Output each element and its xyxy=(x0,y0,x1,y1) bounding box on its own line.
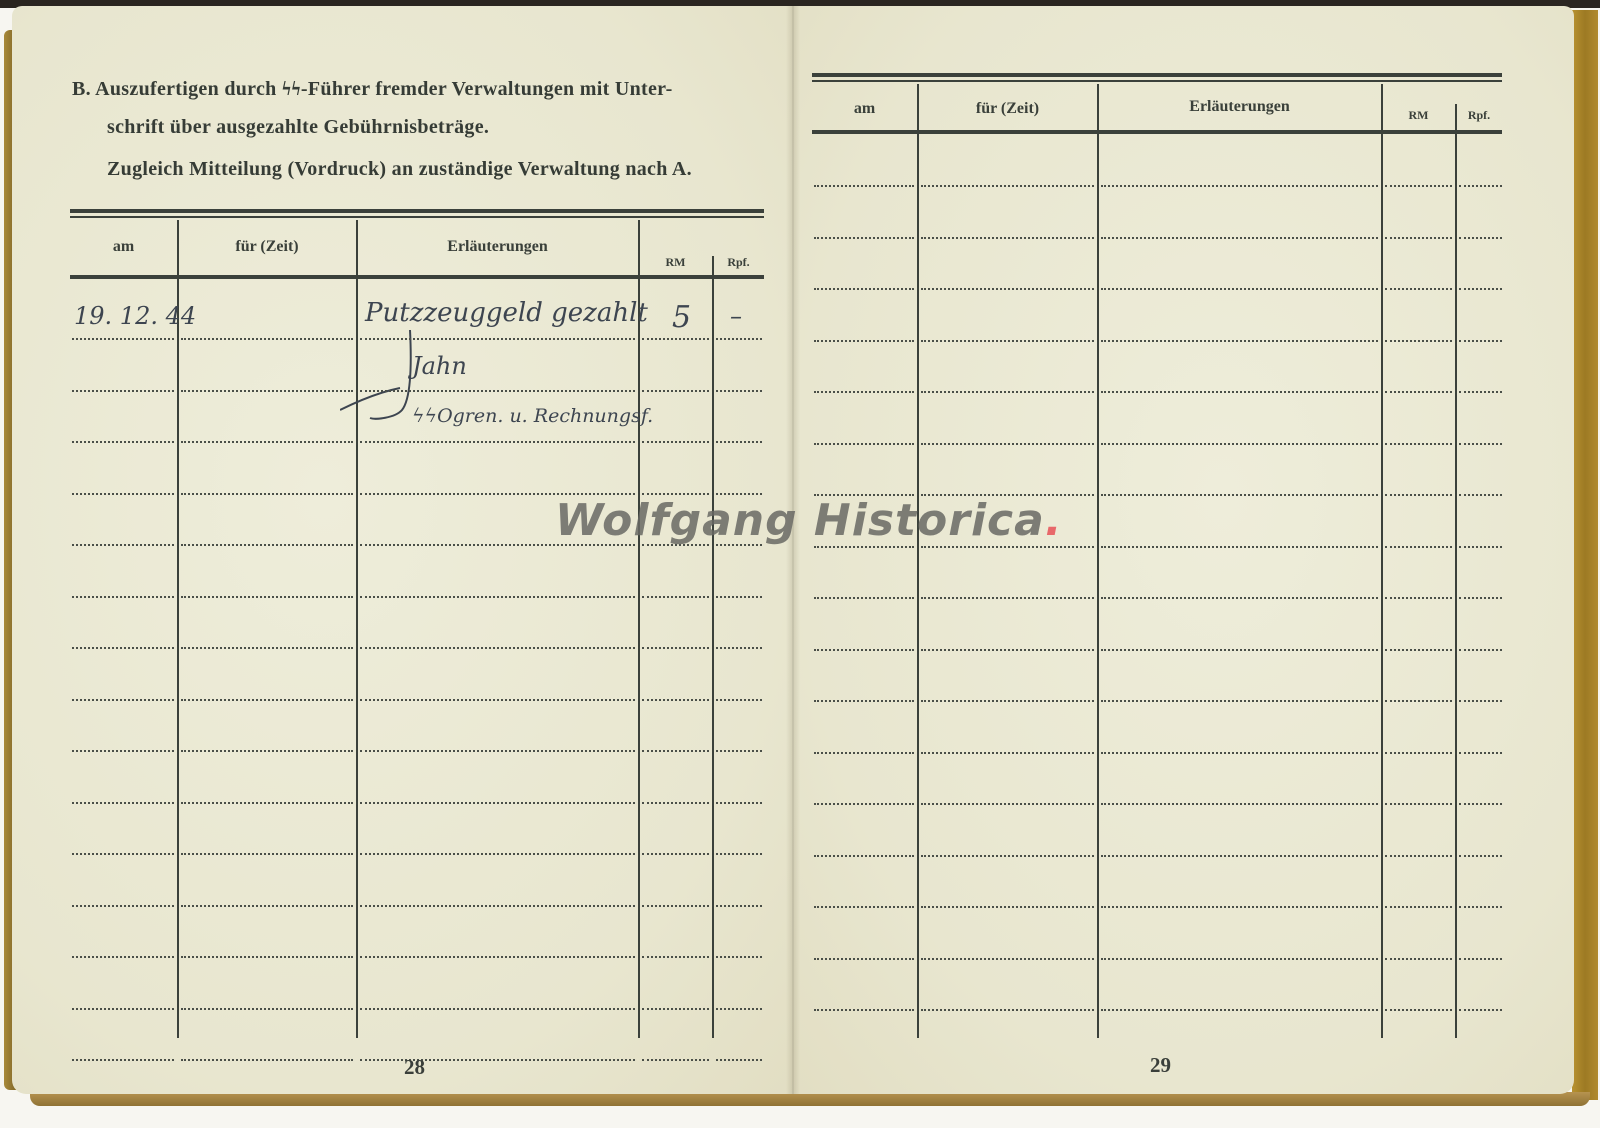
header-am: am xyxy=(70,238,177,256)
dotted-row-rule xyxy=(814,649,914,651)
dotted-row-rule xyxy=(1459,237,1502,239)
dotted-row-rule xyxy=(814,597,914,599)
dotted-row-rule xyxy=(1459,906,1502,908)
dotted-row-rule xyxy=(72,699,174,701)
dotted-row-rule xyxy=(1459,855,1502,857)
dotted-row-rule xyxy=(1101,958,1378,960)
page-number-29: 29 xyxy=(1150,1053,1171,1078)
watermark-dot: . xyxy=(1045,495,1063,546)
dotted-row-rule xyxy=(360,802,635,804)
dotted-row-rule xyxy=(1385,546,1452,548)
dotted-row-rule xyxy=(814,185,914,187)
dotted-row-rule xyxy=(921,391,1094,393)
dotted-row-rule xyxy=(716,853,762,855)
dotted-row-rule xyxy=(814,855,914,857)
table-top-rule xyxy=(812,73,1502,77)
dotted-row-rule xyxy=(921,649,1094,651)
dotted-row-rule xyxy=(1101,700,1378,702)
dotted-row-rule xyxy=(360,750,635,752)
dotted-row-rule xyxy=(716,905,762,907)
dotted-row-rule xyxy=(716,338,762,340)
dotted-row-rule xyxy=(1459,803,1502,805)
dotted-row-rule xyxy=(716,596,762,598)
dotted-row-rule xyxy=(921,288,1094,290)
dotted-row-rule xyxy=(1385,494,1452,496)
column-divider xyxy=(1381,84,1383,1038)
dotted-row-rule xyxy=(1385,958,1452,960)
dotted-row-rule xyxy=(1101,391,1378,393)
dotted-row-rule xyxy=(1101,340,1378,342)
dotted-row-rule xyxy=(360,390,635,392)
dotted-row-rule xyxy=(360,905,635,907)
entry-description: Putzzeuggeld gezahlt xyxy=(365,298,648,328)
dotted-row-rule xyxy=(1459,958,1502,960)
dotted-row-rule xyxy=(181,905,353,907)
dotted-row-rule xyxy=(1385,288,1452,290)
dotted-row-rule xyxy=(72,853,174,855)
dotted-row-rule xyxy=(1101,185,1378,187)
dotted-row-rule xyxy=(921,906,1094,908)
header-fuer-zeit: für (Zeit) xyxy=(178,238,356,256)
dotted-row-rule xyxy=(1459,391,1502,393)
instruction-line-3: Zugleich Mitteilung (Vordruck) an zustän… xyxy=(72,150,772,188)
dotted-row-rule xyxy=(72,493,174,495)
dotted-row-rule xyxy=(1459,185,1502,187)
dotted-row-rule xyxy=(814,340,914,342)
dotted-row-rule xyxy=(181,390,353,392)
dotted-row-rule xyxy=(642,1008,709,1010)
column-divider xyxy=(1097,84,1099,1038)
dotted-row-rule xyxy=(360,1008,635,1010)
header-rpf: Rpf. xyxy=(713,255,764,270)
dotted-row-rule xyxy=(72,596,174,598)
dotted-row-rule xyxy=(642,956,709,958)
dotted-row-rule xyxy=(72,750,174,752)
dotted-row-rule xyxy=(1101,649,1378,651)
dotted-row-rule xyxy=(642,750,709,752)
dotted-row-rule xyxy=(921,443,1094,445)
dotted-row-rule xyxy=(1385,597,1452,599)
table-top-rule xyxy=(70,209,764,213)
section-b-instructions: B. Auszufertigen durch ϟϟ-Führer fremder… xyxy=(72,70,772,188)
header-bottom-rule xyxy=(812,130,1502,134)
dotted-row-rule xyxy=(814,906,914,908)
dotted-row-rule xyxy=(642,802,709,804)
dotted-row-rule xyxy=(72,544,174,546)
dotted-row-rule xyxy=(72,390,174,392)
dotted-row-rule xyxy=(642,390,709,392)
dotted-row-rule xyxy=(1459,288,1502,290)
dotted-row-rule xyxy=(360,699,635,701)
dotted-row-rule xyxy=(921,185,1094,187)
dotted-row-rule xyxy=(716,802,762,804)
column-divider xyxy=(638,220,640,1038)
dotted-row-rule xyxy=(1101,237,1378,239)
dotted-row-rule xyxy=(181,1008,353,1010)
dotted-row-rule xyxy=(1385,1009,1452,1011)
dotted-row-rule xyxy=(181,802,353,804)
dotted-row-rule xyxy=(1385,855,1452,857)
dotted-row-rule xyxy=(1101,1009,1378,1011)
dotted-row-rule xyxy=(921,855,1094,857)
page-number-28: 28 xyxy=(404,1055,425,1080)
dotted-row-rule xyxy=(716,956,762,958)
dotted-row-rule xyxy=(1101,546,1378,548)
dotted-row-rule xyxy=(716,1008,762,1010)
dotted-row-rule xyxy=(360,596,635,598)
dotted-row-rule xyxy=(716,441,762,443)
dotted-row-rule xyxy=(360,441,635,443)
dotted-row-rule xyxy=(814,752,914,754)
dotted-row-rule xyxy=(360,853,635,855)
dotted-row-rule xyxy=(1101,752,1378,754)
dotted-row-rule xyxy=(814,288,914,290)
table-top-rule-thin xyxy=(812,80,1502,82)
dotted-row-rule xyxy=(1459,494,1502,496)
dotted-row-rule xyxy=(1385,443,1452,445)
dotted-row-rule xyxy=(1385,700,1452,702)
dotted-row-rule xyxy=(642,647,709,649)
dotted-row-rule xyxy=(921,700,1094,702)
dotted-row-rule xyxy=(1101,443,1378,445)
dotted-row-rule xyxy=(181,1059,353,1061)
dotted-row-rule xyxy=(921,597,1094,599)
dotted-row-rule xyxy=(642,699,709,701)
dotted-row-rule xyxy=(1101,494,1378,496)
dotted-row-rule xyxy=(181,544,353,546)
entry-date: 19. 12. 44 xyxy=(74,302,196,330)
dotted-row-rule xyxy=(1101,906,1378,908)
dotted-row-rule xyxy=(1459,752,1502,754)
dotted-row-rule xyxy=(642,441,709,443)
dotted-row-rule xyxy=(360,956,635,958)
dotted-row-rule xyxy=(814,1009,914,1011)
instruction-line-1: B. Auszufertigen durch ϟϟ-Führer fremder… xyxy=(72,70,772,108)
dotted-row-rule xyxy=(181,956,353,958)
table-top-rule-thin xyxy=(70,216,764,218)
dotted-row-rule xyxy=(1385,906,1452,908)
header-erlaeuterungen: Erläuterungen xyxy=(1098,98,1381,116)
dotted-row-rule xyxy=(72,956,174,958)
dotted-row-rule xyxy=(921,237,1094,239)
dotted-row-rule xyxy=(72,905,174,907)
dotted-row-rule xyxy=(1385,649,1452,651)
dotted-row-rule xyxy=(360,1059,635,1061)
dotted-row-rule xyxy=(72,1008,174,1010)
header-fuer-zeit: für (Zeit) xyxy=(918,100,1097,118)
dotted-row-rule xyxy=(360,647,635,649)
dotted-row-rule xyxy=(814,958,914,960)
dotted-row-rule xyxy=(72,1059,174,1061)
watermark: Wolfgang Historica. xyxy=(555,495,1063,546)
booklet-cover-bottom-edge xyxy=(30,1092,1590,1106)
dotted-row-rule xyxy=(1385,237,1452,239)
dotted-row-rule xyxy=(716,647,762,649)
column-divider xyxy=(712,256,714,1038)
dotted-row-rule xyxy=(921,752,1094,754)
dotted-row-rule xyxy=(72,802,174,804)
column-divider xyxy=(917,84,919,1038)
dotted-row-rule xyxy=(181,647,353,649)
dotted-row-rule xyxy=(921,1009,1094,1011)
dotted-row-rule xyxy=(716,750,762,752)
dotted-row-rule xyxy=(1459,546,1502,548)
dotted-row-rule xyxy=(181,493,353,495)
dotted-row-rule xyxy=(360,338,635,340)
header-rm: RM xyxy=(639,255,712,270)
entry-rm-amount: 5 xyxy=(672,300,691,335)
dotted-row-rule xyxy=(1459,597,1502,599)
header-am: am xyxy=(812,100,917,118)
instruction-line-2: schrift über ausgezahlte Gebührnisbeträg… xyxy=(72,108,772,146)
dotted-row-rule xyxy=(814,391,914,393)
header-rm: RM xyxy=(1382,108,1455,123)
dotted-row-rule xyxy=(1459,340,1502,342)
dotted-row-rule xyxy=(1385,185,1452,187)
entry-rpf-amount: – xyxy=(730,302,742,330)
header-rpf: Rpf. xyxy=(1456,108,1502,123)
dotted-row-rule xyxy=(642,905,709,907)
column-divider xyxy=(177,220,179,1038)
dotted-row-rule xyxy=(72,338,174,340)
dotted-row-rule xyxy=(814,700,914,702)
dotted-row-rule xyxy=(1385,391,1452,393)
dotted-row-rule xyxy=(642,338,709,340)
dotted-row-rule xyxy=(814,237,914,239)
dotted-row-rule xyxy=(181,596,353,598)
dotted-row-rule xyxy=(716,1059,762,1061)
dotted-row-rule xyxy=(642,853,709,855)
dotted-row-rule xyxy=(1101,855,1378,857)
dotted-row-rule xyxy=(921,340,1094,342)
book-gutter xyxy=(786,6,800,1094)
dotted-row-rule xyxy=(1101,288,1378,290)
dotted-row-rule xyxy=(181,338,353,340)
dotted-row-rule xyxy=(814,803,914,805)
header-erlaeuterungen: Erläuterungen xyxy=(357,238,638,256)
dotted-row-rule xyxy=(642,596,709,598)
dotted-row-rule xyxy=(921,803,1094,805)
dotted-row-rule xyxy=(1459,1009,1502,1011)
dotted-row-rule xyxy=(1101,803,1378,805)
dotted-row-rule xyxy=(181,441,353,443)
dotted-row-rule xyxy=(716,390,762,392)
dotted-row-rule xyxy=(1385,340,1452,342)
dotted-row-rule xyxy=(72,441,174,443)
dotted-row-rule xyxy=(1385,803,1452,805)
booklet-cover-right-edge xyxy=(1572,10,1598,1100)
dotted-row-rule xyxy=(716,699,762,701)
dotted-row-rule xyxy=(1385,752,1452,754)
column-divider xyxy=(1455,104,1457,1038)
dotted-row-rule xyxy=(181,750,353,752)
dotted-row-rule xyxy=(181,853,353,855)
dotted-row-rule xyxy=(814,443,914,445)
dotted-row-rule xyxy=(642,1059,709,1061)
dotted-row-rule xyxy=(1459,700,1502,702)
dotted-row-rule xyxy=(72,647,174,649)
dotted-row-rule xyxy=(1101,597,1378,599)
watermark-text: Wolfgang Historica xyxy=(555,495,1045,546)
dotted-row-rule xyxy=(921,958,1094,960)
dotted-row-rule xyxy=(181,699,353,701)
header-bottom-rule xyxy=(70,275,764,279)
dotted-row-rule xyxy=(1459,443,1502,445)
dotted-row-rule xyxy=(1459,649,1502,651)
